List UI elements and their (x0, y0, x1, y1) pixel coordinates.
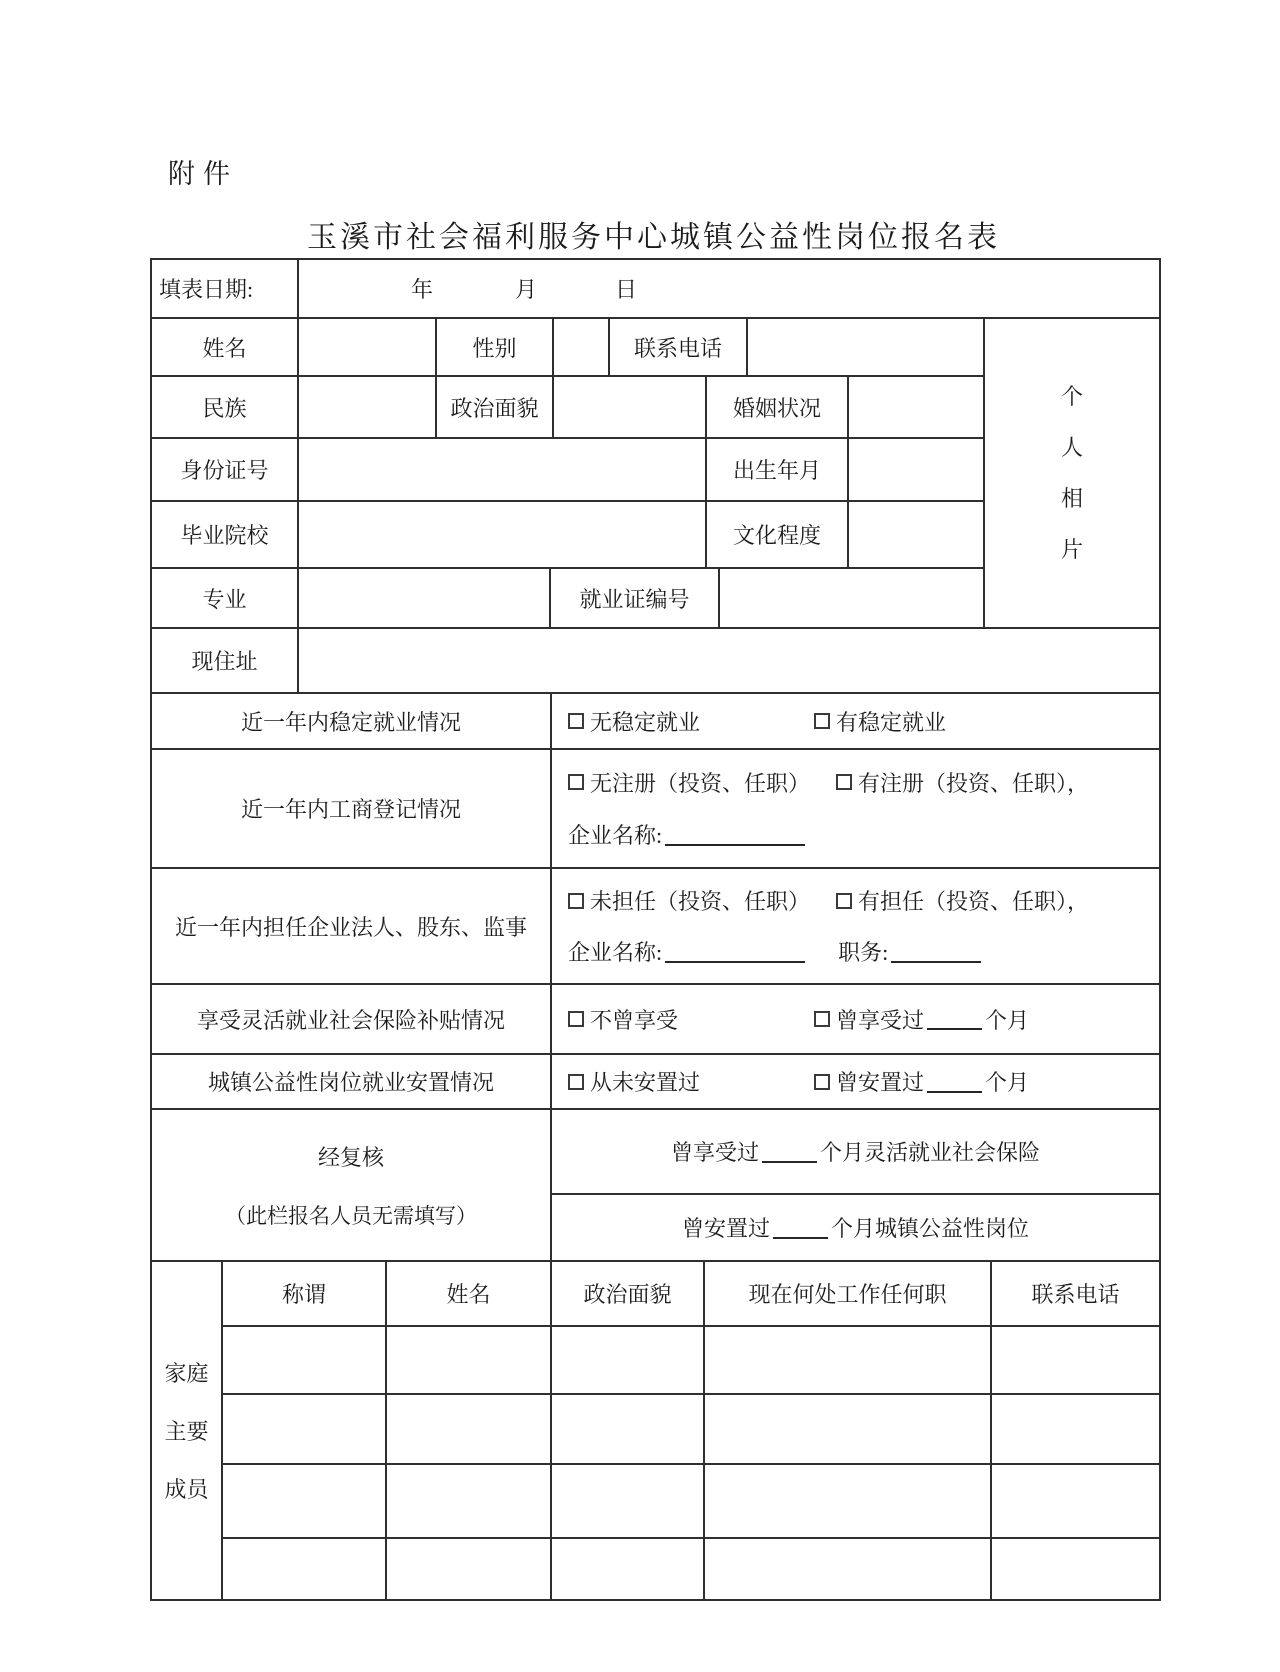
fill-in-blank (665, 823, 805, 846)
marital-status-label: 婚姻状况 (707, 377, 849, 437)
id-number-row: 身份证号 出生年月 (152, 439, 985, 502)
review-line1-suffix: 个月灵活就业社会保险 (820, 1136, 1040, 1167)
business-registration-row: 近一年内工商登记情况 无注册（投资、任职） 有注册（投资、任职）， 企业名称: (152, 750, 1159, 869)
family-phone-cell (992, 1539, 1159, 1599)
corporate-position-options: 未担任（投资、任职） 有担任（投资、任职）， 企业名称: 职务: (552, 869, 1159, 983)
form-page: 附件 玉溪市社会福利服务中心城镇公益性岗位报名表 填表日期: 年 月 日 姓名 … (0, 0, 1280, 1672)
family-phone-cell (992, 1327, 1159, 1393)
review-line2-prefix: 曾安置过 (682, 1212, 770, 1243)
option-label: 有稳定就业 (836, 706, 946, 737)
review-label-cell: 经复核 （此栏报名人员无需填写） (152, 1110, 552, 1260)
fill-in-blank (891, 940, 981, 963)
placed-months-option: 曾安置过 个月 (814, 1066, 1029, 1097)
welfare-placement-label: 城镇公益性岗位就业安置情况 (152, 1055, 552, 1108)
review-label: 经复核 (318, 1141, 384, 1172)
stable-employment-options: 无稳定就业 有稳定就业 (552, 694, 1159, 748)
family-side-label-line: 家庭 (164, 1357, 208, 1388)
education-level-input-cell (849, 502, 985, 567)
day-label: 日 (615, 273, 637, 304)
insurance-subsidy-options: 不曾享受 曾享受过 个月 (552, 985, 1159, 1053)
option-label: 有注册（投资、任职）， (858, 767, 1089, 798)
name-input-cell (299, 319, 437, 375)
fill-in-blank (927, 1070, 982, 1093)
marital-status-input-cell (849, 377, 985, 437)
school-label: 毕业院校 (152, 502, 299, 567)
phone-label: 联系电话 (610, 319, 748, 375)
checkbox-icon (836, 893, 852, 909)
review-content-cell: 曾享受过 个月灵活就业社会保险 曾安置过 个月城镇公益性岗位 (552, 1110, 1159, 1260)
family-header-row: 称谓 姓名 政治面貌 现在何处工作任何职 联系电话 (223, 1262, 1159, 1327)
review-line-2: 曾安置过 个月城镇公益性岗位 (552, 1195, 1159, 1260)
family-header-political: 政治面貌 (552, 1262, 705, 1325)
company-name-label: 企业名称: (568, 936, 662, 967)
family-member-row (223, 1465, 1159, 1539)
personal-photo-label: 个人相片 (1060, 371, 1084, 575)
insurance-subsidy-row: 享受灵活就业社会保险补贴情况 不曾享受 曾享受过 个月 (152, 985, 1159, 1055)
major-row: 专业 就业证编号 (152, 569, 985, 629)
id-number-label: 身份证号 (152, 439, 299, 500)
major-label: 专业 (152, 569, 299, 627)
has-position-option: 有担任（投资、任职）， (836, 885, 1089, 916)
political-status-input-cell (554, 377, 707, 437)
family-political-cell (552, 1395, 705, 1463)
education-level-label: 文化程度 (707, 502, 849, 567)
school-row: 毕业院校 文化程度 (152, 502, 985, 569)
family-member-row (223, 1539, 1159, 1599)
family-member-row (223, 1327, 1159, 1395)
phone-input-cell (748, 319, 985, 375)
family-side-label-line: 成员 (164, 1473, 208, 1504)
review-line-1: 曾享受过 个月灵活就业社会保险 (552, 1110, 1159, 1195)
checkbox-icon (814, 1011, 830, 1027)
checkbox-icon (568, 774, 584, 790)
name-label: 姓名 (152, 319, 299, 375)
option-suffix: 个月 (985, 1004, 1029, 1035)
welfare-placement-row: 城镇公益性岗位就业安置情况 从未安置过 曾安置过 个月 (152, 1055, 1159, 1110)
employment-cert-input-cell (720, 569, 985, 627)
checkbox-icon (568, 713, 584, 729)
fill-in-blank (773, 1216, 828, 1239)
registration-form-table: 填表日期: 年 月 日 姓名 性别 联系电话 民族 政治面貌 婚姻状况 (150, 258, 1161, 1601)
family-header-relation: 称谓 (223, 1262, 387, 1325)
family-work-cell (705, 1465, 992, 1537)
family-member-row (223, 1395, 1159, 1465)
school-input-cell (299, 502, 707, 567)
month-label: 月 (515, 273, 537, 304)
address-input-cell (299, 629, 1159, 692)
no-stable-employment-option: 无稳定就业 (568, 706, 814, 737)
checkbox-icon (568, 1074, 584, 1090)
fill-date-row: 填表日期: 年 月 日 (152, 260, 1159, 319)
fill-in-blank (665, 940, 805, 963)
form-title: 玉溪市社会福利服务中心城镇公益性岗位报名表 (150, 212, 1157, 256)
name-row: 姓名 性别 联系电话 (152, 319, 985, 377)
business-registration-label: 近一年内工商登记情况 (152, 750, 552, 867)
no-registration-option: 无注册（投资、任职） (568, 767, 810, 798)
option-label: 无注册（投资、任职） (590, 767, 810, 798)
family-work-cell (705, 1539, 992, 1599)
family-header-phone: 联系电话 (992, 1262, 1159, 1325)
family-name-cell (387, 1465, 552, 1537)
political-status-label: 政治面貌 (437, 377, 554, 437)
business-registration-options: 无注册（投资、任职） 有注册（投资、任职）， 企业名称: (552, 750, 1159, 867)
option-label: 曾享受过 (836, 1004, 924, 1035)
corporate-position-label: 近一年内担任企业法人、股东、监事 (152, 869, 552, 983)
fill-in-blank (762, 1140, 817, 1163)
checkbox-icon (814, 713, 830, 729)
option-label: 曾安置过 (836, 1066, 924, 1097)
personal-photo-placeholder: 个人相片 (985, 319, 1159, 629)
family-header-name: 姓名 (387, 1262, 552, 1325)
family-relation-cell (223, 1395, 387, 1463)
ethnicity-label: 民族 (152, 377, 299, 437)
family-phone-cell (992, 1395, 1159, 1463)
company-name-label: 企业名称: (568, 819, 662, 850)
family-side-label-line: 主要 (164, 1415, 208, 1446)
family-side-label: 家庭 主要 成员 (152, 1262, 223, 1599)
birth-date-label: 出生年月 (707, 439, 849, 500)
checkbox-icon (568, 893, 584, 909)
family-work-cell (705, 1327, 992, 1393)
stable-employment-row: 近一年内稳定就业情况 无稳定就业 有稳定就业 (152, 694, 1159, 750)
corporate-position-row: 近一年内担任企业法人、股东、监事 未担任（投资、任职） 有担任（投资、任职）， … (152, 869, 1159, 985)
year-label: 年 (411, 273, 433, 304)
review-line2-suffix: 个月城镇公益性岗位 (831, 1212, 1029, 1243)
option-label: 不曾享受 (590, 1004, 678, 1035)
option-label: 从未安置过 (590, 1066, 700, 1097)
ethnicity-row: 民族 政治面貌 婚姻状况 (152, 377, 985, 439)
stable-employment-label: 近一年内稳定就业情况 (152, 694, 552, 748)
family-political-cell (552, 1539, 705, 1599)
employment-cert-label: 就业证编号 (551, 569, 720, 627)
option-label: 未担任（投资、任职） (590, 885, 810, 916)
fill-in-blank (927, 1008, 982, 1031)
id-number-input-cell (299, 439, 707, 500)
fill-date-value-cell: 年 月 日 (299, 260, 1159, 317)
address-label: 现住址 (152, 629, 299, 692)
option-label: 无稳定就业 (590, 706, 700, 737)
no-position-option: 未担任（投资、任职） (568, 885, 810, 916)
checkbox-icon (836, 774, 852, 790)
family-name-cell (387, 1539, 552, 1599)
review-row: 经复核 （此栏报名人员无需填写） 曾享受过 个月灵活就业社会保险 曾安置过 个月… (152, 1110, 1159, 1262)
address-row: 现住址 (152, 629, 1159, 694)
fill-date-label: 填表日期: (152, 260, 299, 317)
family-relation-cell (223, 1539, 387, 1599)
has-stable-employment-option: 有稳定就业 (814, 706, 946, 737)
checkbox-icon (814, 1074, 830, 1090)
position-title-label: 职务: (838, 936, 888, 967)
family-relation-cell (223, 1465, 387, 1537)
never-placed-option: 从未安置过 (568, 1066, 814, 1097)
has-registration-option: 有注册（投资、任职）， (836, 767, 1089, 798)
family-header-work: 现在何处工作任何职 (705, 1262, 992, 1325)
family-relation-cell (223, 1327, 387, 1393)
gender-input-cell (554, 319, 610, 375)
family-name-cell (387, 1327, 552, 1393)
option-suffix: 个月 (985, 1066, 1029, 1097)
gender-label: 性别 (437, 319, 554, 375)
review-line1-prefix: 曾享受过 (671, 1136, 759, 1167)
welfare-placement-options: 从未安置过 曾安置过 个月 (552, 1055, 1159, 1108)
checkbox-icon (568, 1011, 584, 1027)
never-enjoyed-option: 不曾享受 (568, 1004, 814, 1035)
review-note: （此栏报名人员无需填写） (225, 1200, 477, 1230)
insurance-subsidy-label: 享受灵活就业社会保险补贴情况 (152, 985, 552, 1053)
attachment-label: 附件 (168, 152, 238, 191)
family-work-cell (705, 1395, 992, 1463)
major-input-cell (299, 569, 551, 627)
option-label: 有担任（投资、任职）， (858, 885, 1089, 916)
family-political-cell (552, 1465, 705, 1537)
family-political-cell (552, 1327, 705, 1393)
ethnicity-input-cell (299, 377, 437, 437)
enjoyed-months-option: 曾享受过 个月 (814, 1004, 1029, 1035)
birth-date-input-cell (849, 439, 985, 500)
family-phone-cell (992, 1465, 1159, 1537)
family-name-cell (387, 1395, 552, 1463)
